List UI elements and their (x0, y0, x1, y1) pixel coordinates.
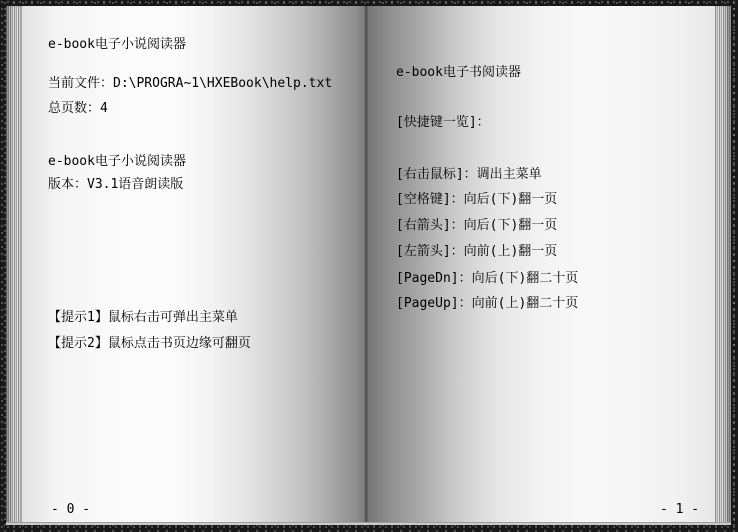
text-line: 总页数：4 (48, 102, 108, 116)
text-line: [PageUp]：向前(上)翻二十页 (396, 297, 578, 311)
text-line: 【提示2】鼠标点击书页边缘可翻页 (48, 337, 251, 351)
text-line: [右箭头]：向后(下)翻一页 (396, 219, 557, 233)
text-line: 版本：V3.1语音朗读版 (48, 178, 183, 192)
page-number-left: - 0 - (51, 503, 90, 517)
text-line: [PageDn]：向后(下)翻二十页 (396, 272, 578, 286)
left-page-edge-stack[interactable] (6, 6, 21, 525)
text-line: [左箭头]：向前(上)翻一页 (396, 245, 557, 259)
right-page[interactable]: e-book电子书阅读器 [快捷键一览]： [右击鼠标]：调出主菜单 [空格键]… (368, 6, 715, 522)
right-page-edge-stack[interactable] (715, 6, 731, 525)
text-line: e-book电子小说阅读器 (48, 155, 186, 169)
page-number-right: - 1 - (660, 503, 699, 517)
text-line: [快捷键一览]： (396, 116, 490, 130)
text-line: 【提示1】鼠标右击可弹出主菜单 (48, 311, 238, 325)
bottom-page-edge (6, 522, 731, 525)
text-line: [空格键]：向后(下)翻一页 (396, 193, 557, 207)
text-line: 当前文件：D:\PROGRA~1\HXEBook\help.txt (48, 77, 332, 91)
text-line: e-book电子小说阅读器 (48, 38, 186, 52)
text-line: e-book电子书阅读器 (396, 66, 521, 80)
ebook-reader-window: e-book电子小说阅读器 当前文件：D:\PROGRA~1\HXEBook\h… (0, 0, 738, 532)
text-line: [右击鼠标]：调出主菜单 (396, 168, 542, 182)
left-page[interactable]: e-book电子小说阅读器 当前文件：D:\PROGRA~1\HXEBook\h… (21, 6, 365, 522)
